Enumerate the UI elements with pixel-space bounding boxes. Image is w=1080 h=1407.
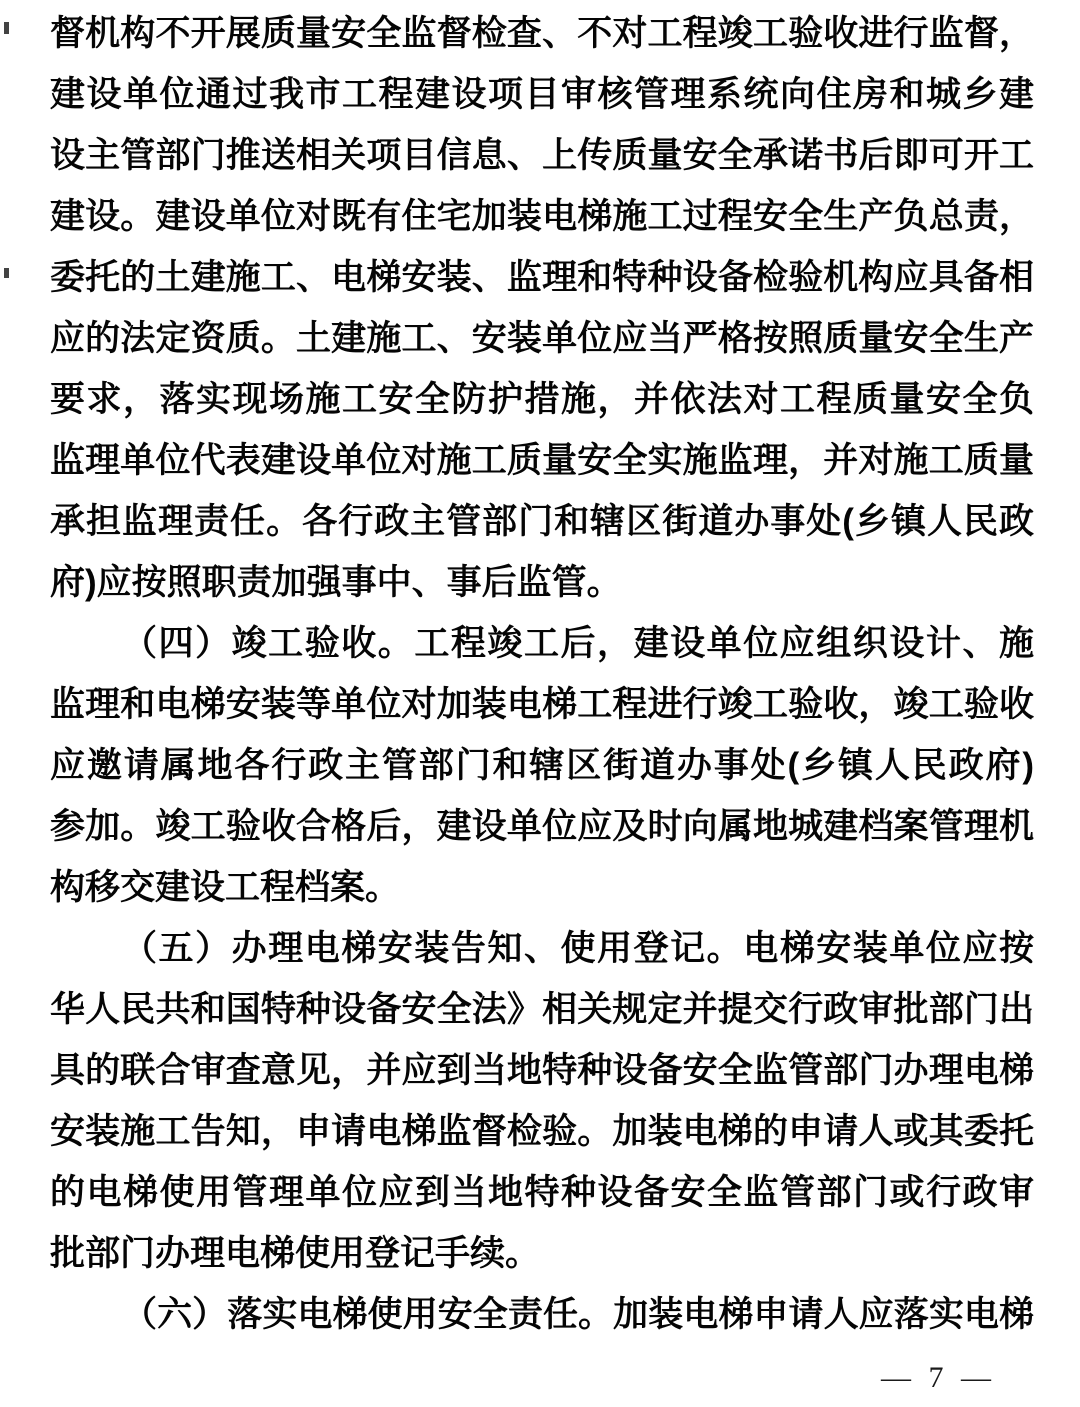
text-line-section-4-heading: （四）竣工验收。工程竣工后，建设单位应组织设计、施工、: [50, 613, 1034, 674]
text-line: 华人民共和国特种设备安全法》相关规定并提交行政审批部门出: [50, 979, 1034, 1040]
document-body: 督机构不开展质量安全监督检查、不对工程竣工验收进行监督， 建设单位通过我市工程建…: [50, 3, 1034, 1345]
text-line: 建设单位通过我市工程建设项目审核管理系统向住房和城乡建: [50, 64, 1034, 125]
text-line: 督机构不开展质量安全监督检查、不对工程竣工验收进行监督，: [50, 3, 1034, 64]
text-line: 监理和电梯安装等单位对加装电梯工程进行竣工验收，竣工验收: [50, 674, 1034, 735]
text-line: 承担监理责任。各行政主管部门和辖区街道办事处(乡镇人民政: [50, 491, 1034, 552]
text-line: 安装施工告知，申请电梯监督检验。加装电梯的申请人或其委托: [50, 1101, 1034, 1162]
text-line: 设主管部门推送相关项目信息、上传质量安全承诺书后即可开工: [50, 125, 1034, 186]
text-line-section-6-heading: （六）落实电梯使用安全责任。加装电梯申请人应落实电梯: [50, 1284, 1034, 1345]
page-number: — 7 —: [881, 1361, 996, 1395]
scan-artifact: [4, 268, 9, 278]
scan-artifact: [4, 22, 9, 34]
text-line: 参加。竣工验收合格后，建设单位应及时向属地城建档案管理机: [50, 796, 1034, 857]
text-line: 应邀请属地各行政主管部门和辖区街道办事处(乡镇人民政府): [50, 735, 1034, 796]
text-line: 具的联合审查意见，并应到当地特种设备安全监管部门办理电梯: [50, 1040, 1034, 1101]
text-line: 委托的土建施工、电梯安装、监理和特种设备检验机构应具备相: [50, 247, 1034, 308]
text-line: 应的法定资质。土建施工、安装单位应当严格按照质量安全生产: [50, 308, 1034, 369]
document-page: 督机构不开展质量安全监督检查、不对工程竣工验收进行监督， 建设单位通过我市工程建…: [0, 0, 1080, 1407]
text-line: 监理单位代表建设单位对施工质量安全实施监理，并对施工质量: [50, 430, 1034, 491]
text-line-paragraph-end: 府)应按照职责加强事中、事后监管。: [50, 552, 1034, 613]
text-line-paragraph-end: 批部门办理电梯使用登记手续。: [50, 1223, 1034, 1284]
text-line: 要求，落实现场施工安全防护措施，并依法对工程质量安全负责，: [50, 369, 1034, 430]
text-line: 建设。建设单位对既有住宅加装电梯施工过程安全生产负总责，: [50, 186, 1034, 247]
text-line-section-5-heading: （五）办理电梯安装告知、使用登记。电梯安装单位应按《中: [50, 918, 1034, 979]
text-line: 的电梯使用管理单位应到当地特种设备安全监管部门或行政审: [50, 1162, 1034, 1223]
text-line-paragraph-end: 构移交建设工程档案。: [50, 857, 1034, 918]
